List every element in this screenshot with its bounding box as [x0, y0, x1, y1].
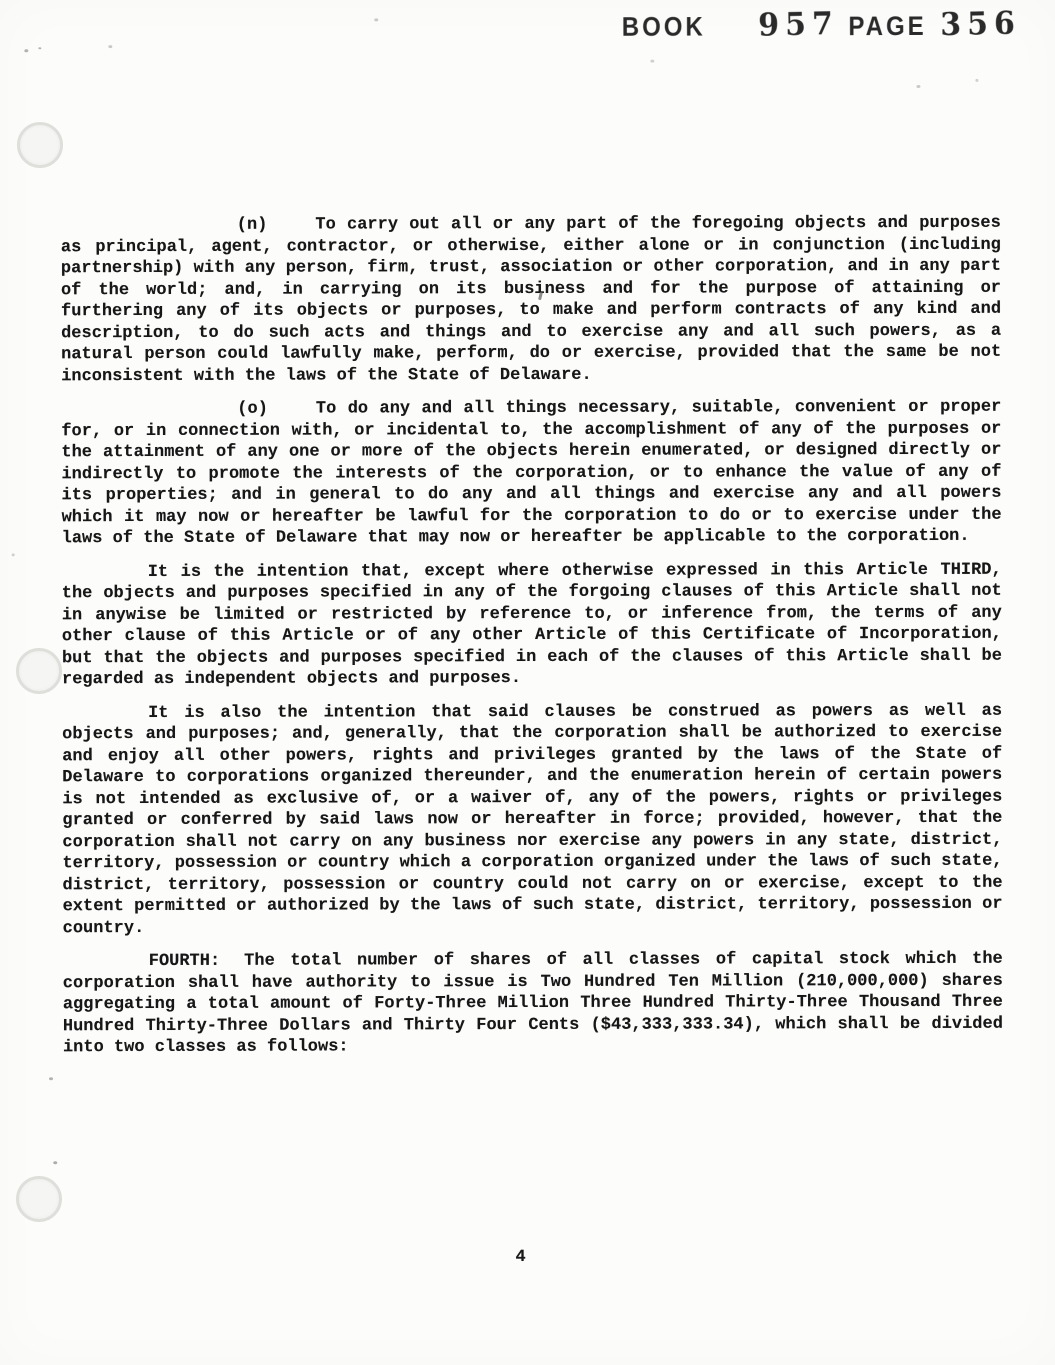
scan-speck	[975, 79, 978, 82]
scan-speck	[49, 1077, 53, 1080]
paragraph-intention-text: It is the intention that, except where o…	[62, 560, 1002, 689]
scan-speck	[374, 18, 378, 21]
scan-speck	[108, 45, 112, 48]
scanned-document-page: BOOK 957 PAGE 356 (n)To carry out all or…	[0, 0, 1055, 1365]
paragraph-intention: It is the intention that, except where o…	[62, 559, 1002, 690]
scan-speck	[916, 85, 920, 88]
scan-speck	[38, 47, 41, 49]
paragraph-also-intention: It is also the intention that said claus…	[62, 700, 1003, 939]
scan-speck	[53, 1161, 57, 1164]
page-number: 4	[515, 1248, 525, 1267]
stamp-page-number: 356	[940, 5, 1021, 43]
paragraph-n: (n)To carry out all or any part of the f…	[61, 213, 1001, 387]
book-page-stamp: BOOK 957 PAGE 356	[622, 7, 1022, 43]
hole-punch-top	[17, 122, 63, 168]
scan-speck	[12, 553, 15, 556]
scan-content: BOOK 957 PAGE 356 (n)To carry out all or…	[0, 0, 1055, 1365]
paragraph-o-text: To do any and all things necessary, suit…	[61, 398, 1001, 548]
paragraph-o: (o)To do any and all things necessary, s…	[61, 397, 1001, 550]
hole-punch-bottom	[16, 1176, 62, 1222]
hole-punch-middle	[16, 648, 62, 694]
stamp-book-label: BOOK	[622, 12, 706, 44]
paragraph-also-intention-text: It is also the intention that said claus…	[62, 701, 1002, 937]
stamp-book-number: 957	[757, 6, 838, 44]
paragraph-o-label: (o)	[237, 400, 268, 419]
paragraph-n-label: (n)	[237, 216, 268, 235]
paragraph-fourth: FOURTH:The total number of shares of all…	[63, 949, 1003, 1059]
scan-speck	[24, 49, 28, 52]
document-body: (n)To carry out all or any part of the f…	[61, 213, 1003, 1071]
paragraph-n-text: To carry out all or any part of the fore…	[61, 214, 1001, 386]
paragraph-fourth-label: FOURTH:	[149, 952, 220, 971]
scan-speck	[650, 60, 654, 63]
stamp-page-label: PAGE	[848, 11, 926, 43]
